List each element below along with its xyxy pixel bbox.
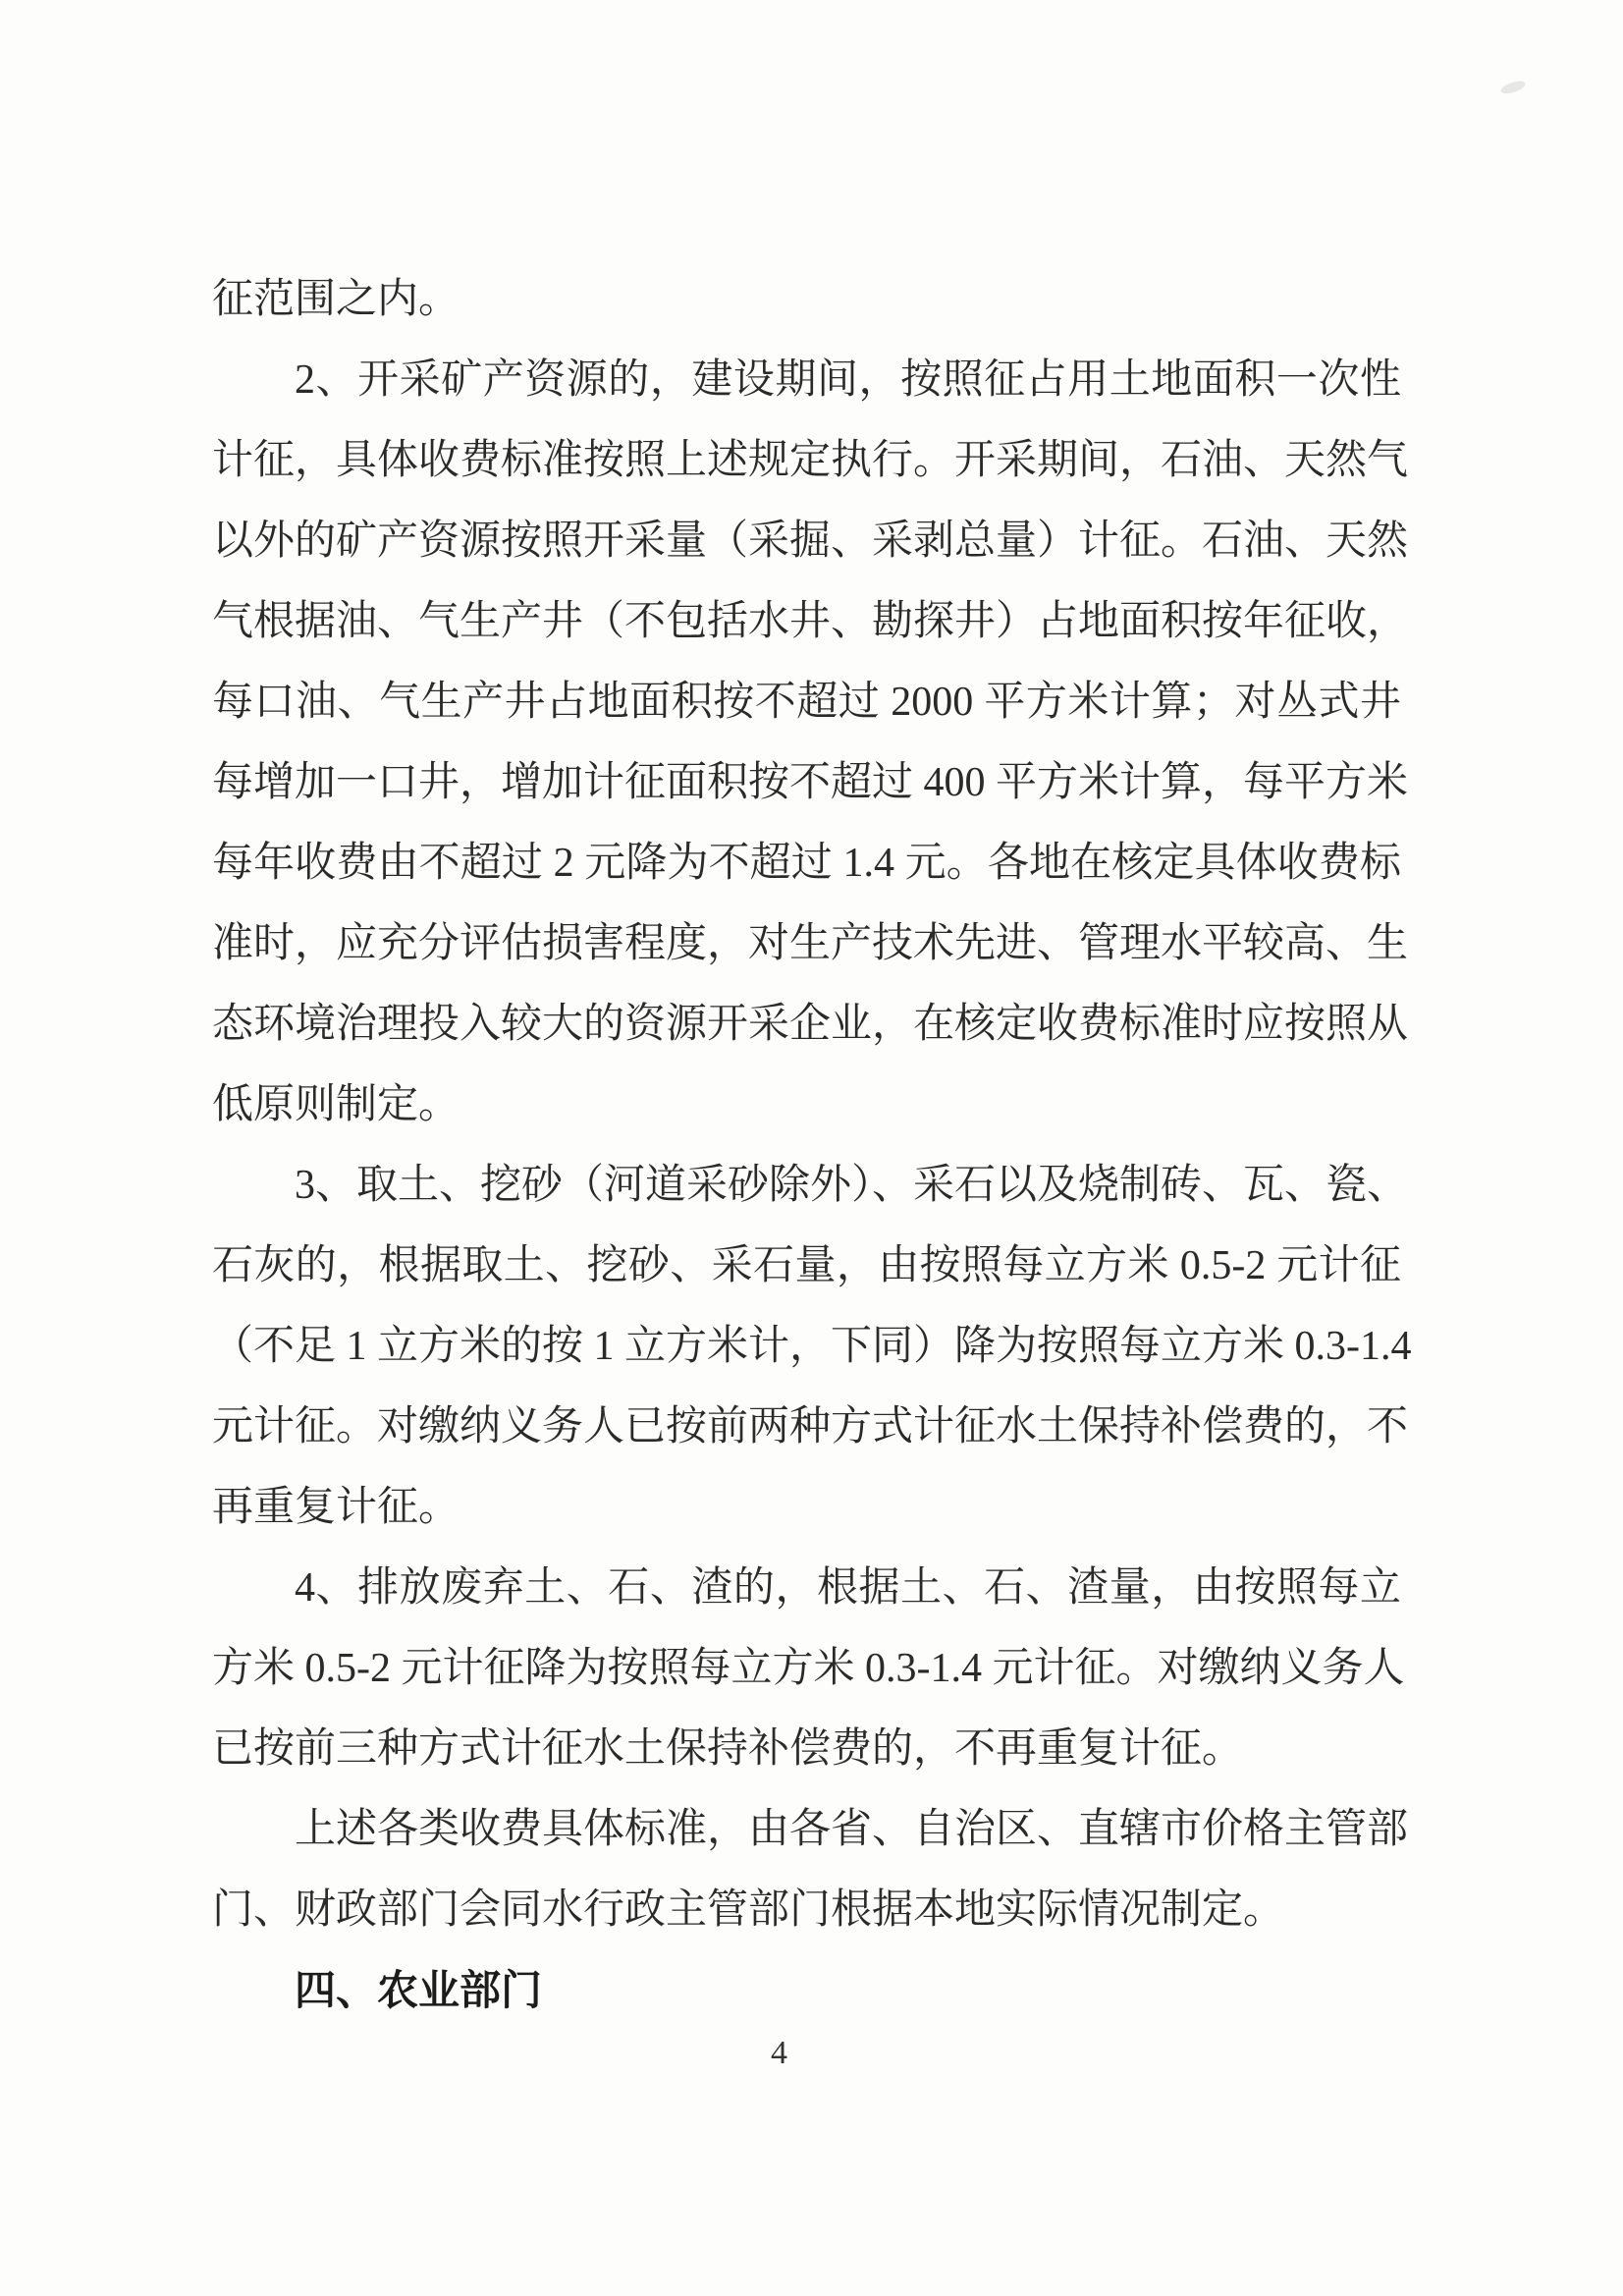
page-number: 4 (771, 2035, 787, 2071)
text-line: 以外的矿产资源按照开采量（采掘、采剥总量）计征。石油、天然 (212, 501, 1401, 581)
text-line: 4、排放废弃土、石、渣的，根据土、石、渣量，由按照每立 (212, 1548, 1401, 1628)
text-line: 计征，具体收费标准按照上述规定执行。开采期间，石油、天然气 (212, 420, 1401, 501)
text-line: 低原则制定。 (212, 1065, 1401, 1145)
text-line: 2、开采矿产资源的，建设期间，按照征占用土地面积一次性 (212, 340, 1401, 420)
text-line: 征范围之内。 (212, 259, 1401, 340)
paragraph: 2、开采矿产资源的，建设期间，按照征占用土地面积一次性计征，具体收费标准按照上述… (212, 340, 1401, 1145)
text-line: （不足 1 立方米的按 1 立方米计，下同）降为按照每立方米 0.3-1.4 (212, 1306, 1401, 1387)
document-page: 征范围之内。2、开采矿产资源的，建设期间，按照征占用土地面积一次性计征，具体收费… (0, 0, 1623, 2296)
document-body: 征范围之内。2、开采矿产资源的，建设期间，按照征占用土地面积一次性计征，具体收费… (212, 259, 1401, 2031)
text-line: 元计征。对缴纳义务人已按前两种方式计征水土保持补偿费的，不 (212, 1387, 1401, 1467)
text-line: 态环境治理投入较大的资源开采企业，在核定收费标准时应按照从 (212, 984, 1401, 1065)
text-line: 方米 0.5-2 元计征降为按照每立方米 0.3-1.4 元计征。对缴纳义务人 (212, 1628, 1401, 1709)
section-heading-line: 四、农业部门 (212, 1950, 1401, 2031)
scan-artifact (1499, 79, 1527, 96)
paragraph: 四、农业部门 (212, 1950, 1401, 2031)
paragraph: 4、排放废弃土、石、渣的，根据土、石、渣量，由按照每立方米 0.5-2 元计征降… (212, 1548, 1401, 1789)
text-line: 门、财政部门会同水行政主管部门根据本地实际情况制定。 (212, 1870, 1401, 1950)
paragraph: 3、取土、挖砂（河道采砂除外）、采石以及烧制砖、瓦、瓷、石灰的，根据取土、挖砂、… (212, 1145, 1401, 1548)
text-line: 3、取土、挖砂（河道采砂除外）、采石以及烧制砖、瓦、瓷、 (212, 1145, 1401, 1226)
text-line: 再重复计征。 (212, 1467, 1401, 1548)
text-line: 已按前三种方式计征水土保持补偿费的，不再重复计征。 (212, 1709, 1401, 1789)
paragraph: 征范围之内。 (212, 259, 1401, 340)
text-line: 每年收费由不超过 2 元降为不超过 1.4 元。各地在核定具体收费标 (212, 823, 1401, 903)
text-line: 准时，应充分评估损害程度，对生产技术先进、管理水平较高、生 (212, 903, 1401, 984)
page-footer: 4 (0, 2035, 1558, 2072)
text-line: 每口油、气生产井占地面积按不超过 2000 平方米计算；对丛式井 (212, 662, 1401, 742)
text-line: 上述各类收费具体标准，由各省、自治区、直辖市价格主管部 (212, 1789, 1401, 1870)
text-line: 气根据油、气生产井（不包括水井、勘探井）占地面积按年征收， (212, 581, 1401, 662)
paragraph: 上述各类收费具体标准，由各省、自治区、直辖市价格主管部门、财政部门会同水行政主管… (212, 1789, 1401, 1950)
text-line: 每增加一口井，增加计征面积按不超过 400 平方米计算，每平方米 (212, 742, 1401, 823)
text-line: 石灰的，根据取土、挖砂、采石量，由按照每立方米 0.5-2 元计征 (212, 1226, 1401, 1306)
